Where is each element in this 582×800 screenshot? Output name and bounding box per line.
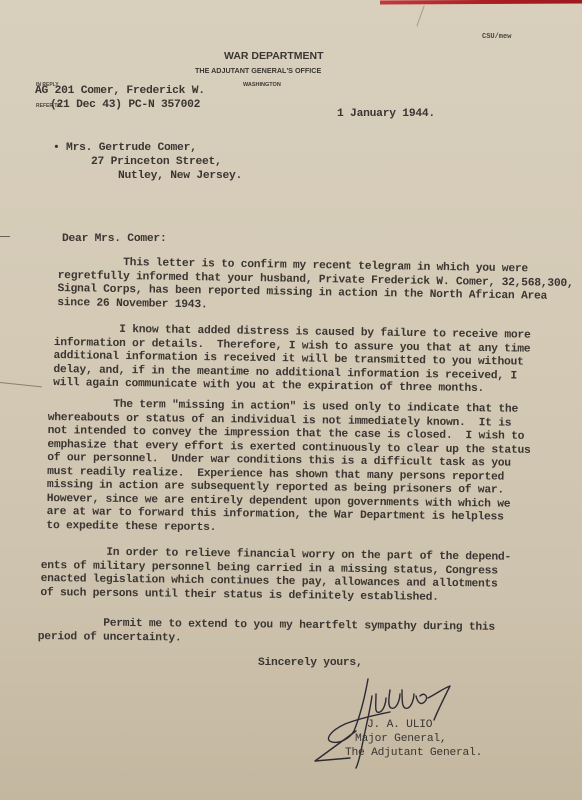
recipient-street: 27 Princeton Street, [91,156,222,168]
signatory-title: The Adjutant General. [345,747,482,759]
paragraph-5: Permit me to extend to you my heartfelt … [38,617,495,649]
signatory-rank: Major General, [355,733,446,745]
signatory-name: J. A. ULIO [367,719,432,731]
paragraph-2: I know that added distress is caused by … [53,323,531,397]
reference-line2: (21 Dec 43) PC-N 357002 [50,99,200,111]
reference-line1: AG 201 Comer, Frederick W. [35,85,205,97]
margin-mark [0,236,10,237]
salutation: Dear Mrs. Comer: [62,233,166,245]
letterhead-office: THE ADJUTANT GENERAL'S OFFICE [195,66,321,75]
letter-date: 1 January 1944. [337,108,435,120]
red-folder-edge [380,0,582,5]
paragraph-3: The term "missing in action" is used onl… [46,398,531,539]
recipient-city: Nutley, New Jersey. [118,170,242,182]
paragraph-4: In order to relieve financial worry on t… [40,546,511,606]
letterhead-department: WAR DEPARTMENT [224,50,324,62]
paragraph-1: This letter is to confirm my recent tele… [57,256,574,318]
recipient-name: • Mrs. Gertrude Comer, [53,142,197,154]
letterhead-city: WASHINGTON [243,82,281,88]
paper-crease [416,5,424,26]
closing: Sincerely yours, [258,657,362,669]
margin-scratch [0,382,42,387]
reference-initials: CSU/mew [482,33,511,41]
